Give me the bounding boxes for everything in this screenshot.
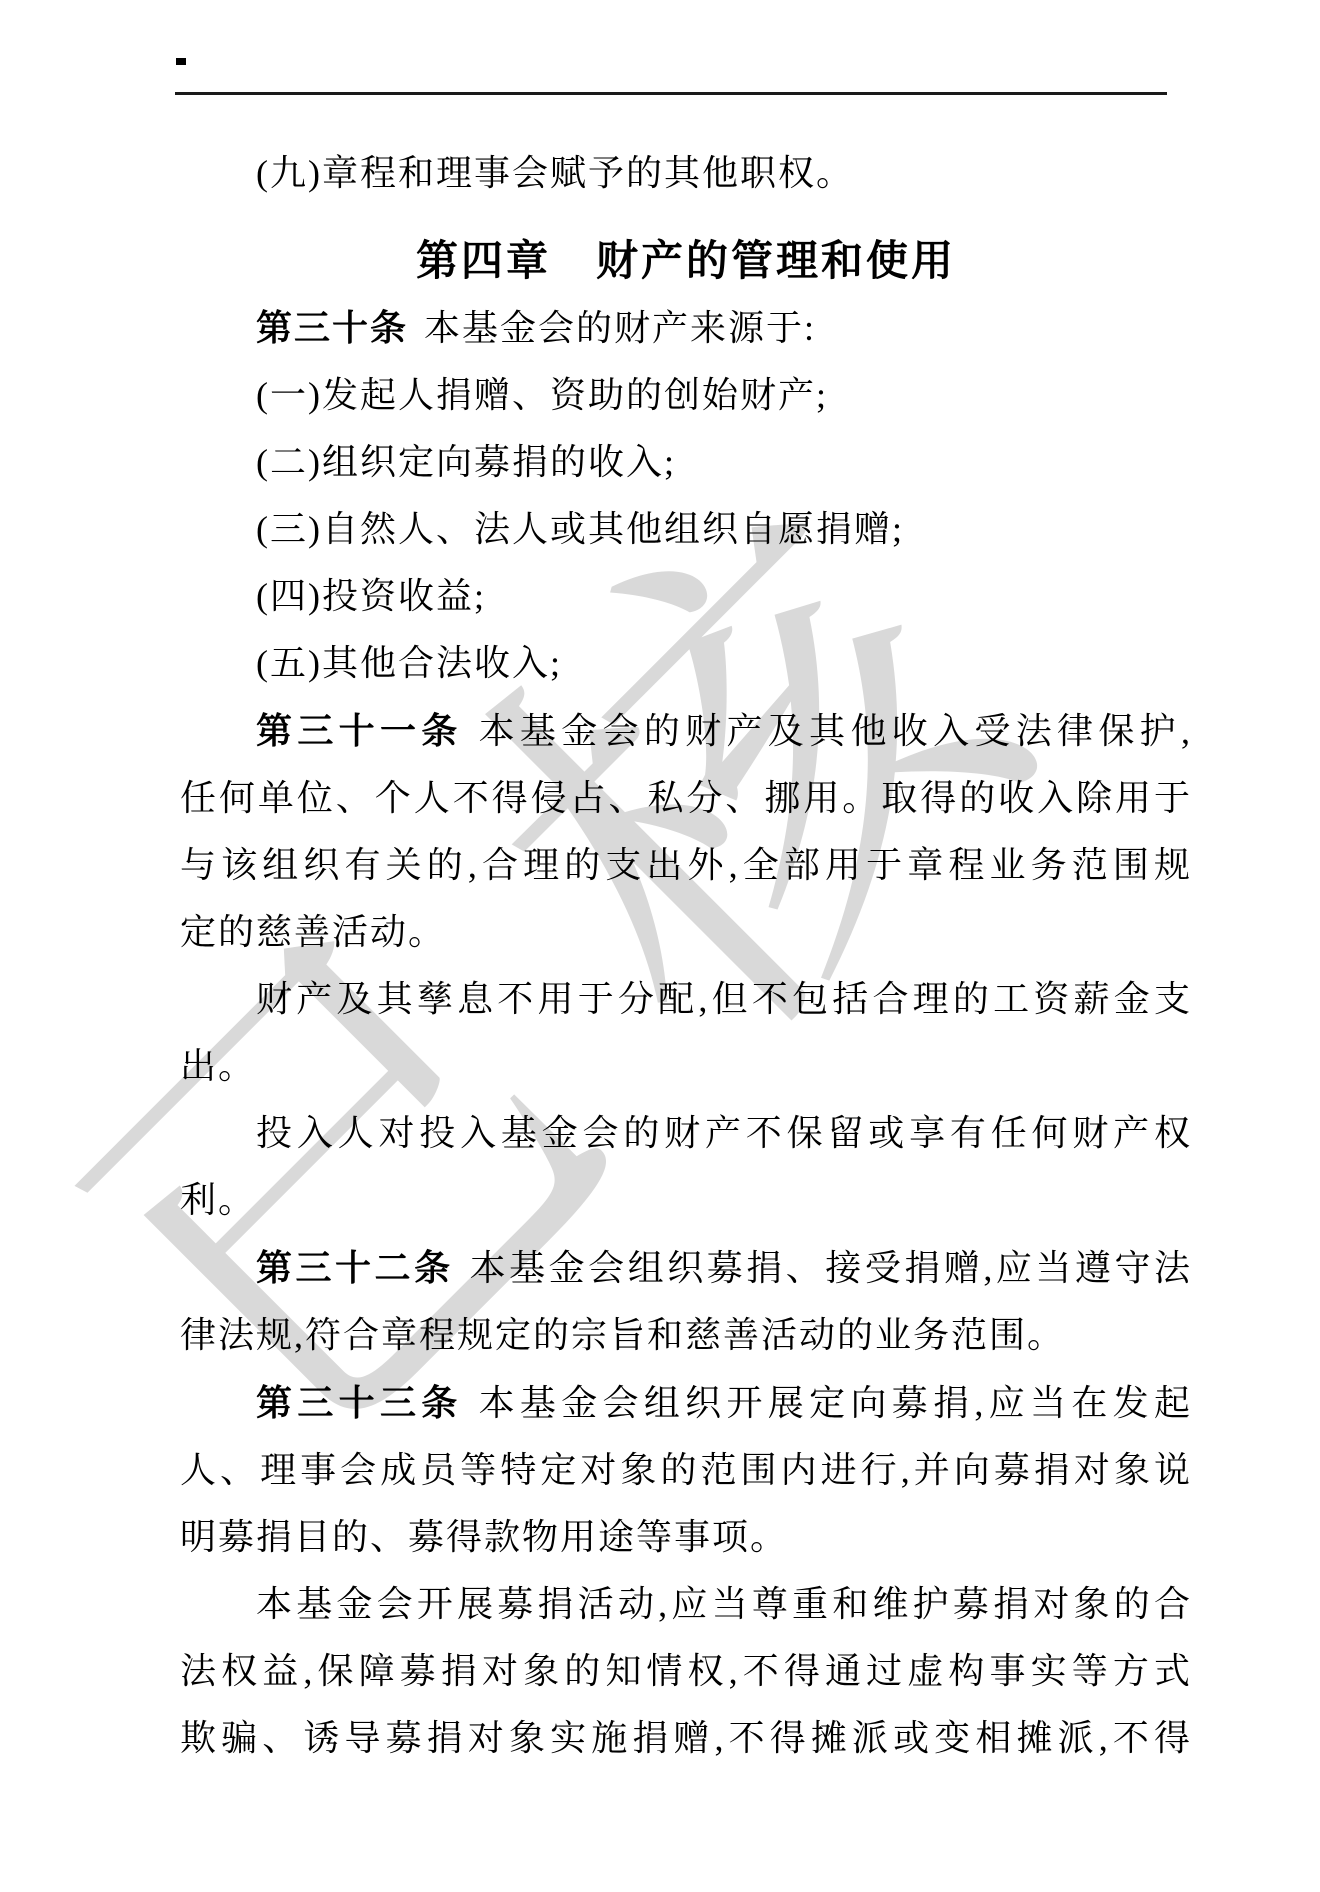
line-text: 本基金会的财产来源于:	[424, 308, 816, 348]
text-line: 欺骗、诱导募捐对象实施捐赠,不得摊派或变相摊派,不得	[180, 1705, 1192, 1772]
text-line: 第三十一条本基金会的财产及其他收入受法律保护,	[180, 697, 1192, 765]
article-number-label: 第三十条	[256, 307, 408, 348]
document-blocks: (九)章程和理事会赋予的其他职权。第四章 财产的管理和使用第三十条本基金会的财产…	[180, 140, 1192, 1772]
article-paragraph: 第三十三条本基金会组织开展定向募捐,应当在发起人、理事会成员等特定对象的范围内进…	[180, 1369, 1192, 1571]
article-number-label: 第三十三条	[256, 1382, 463, 1423]
chapter-heading: 第四章 财产的管理和使用	[180, 227, 1192, 294]
line-text: 本基金会组织募捐、接受捐赠,应当遵守法	[470, 1248, 1192, 1288]
text-line: (五)其他合法收入;	[180, 630, 1192, 697]
text-line: (二)组织定向募捐的收入;	[180, 429, 1192, 496]
article-number-label: 第三十二条	[256, 1247, 454, 1288]
line-text: 本基金会的财产及其他收入受法律保护,	[479, 711, 1192, 751]
text-line: 出。	[180, 1033, 1192, 1100]
text-line: 法权益,保障募捐对象的知情权,不得通过虚构事实等方式	[180, 1638, 1192, 1705]
text-line: 第三十条本基金会的财产来源于:	[180, 294, 1192, 362]
text-line: 人、理事会成员等特定对象的范围内进行,并向募捐对象说	[180, 1437, 1192, 1504]
text-line: (四)投资收益;	[180, 563, 1192, 630]
text-line: 定的慈善活动。	[180, 899, 1192, 966]
paragraph: (三)自然人、法人或其他组织自愿捐赠;	[180, 496, 1192, 563]
text-line: 本基金会开展募捐活动,应当尊重和维护募捐对象的合	[180, 1571, 1192, 1638]
text-line: 与该组织有关的,合理的支出外,全部用于章程业务范围规	[180, 832, 1192, 899]
paragraph: 本基金会开展募捐活动,应当尊重和维护募捐对象的合法权益,保障募捐对象的知情权,不…	[180, 1571, 1192, 1772]
article-number-label: 第三十一条	[256, 710, 463, 751]
paragraph: (二)组织定向募捐的收入;	[180, 429, 1192, 496]
text-line: (三)自然人、法人或其他组织自愿捐赠;	[180, 496, 1192, 563]
text-line: (九)章程和理事会赋予的其他职权。	[180, 140, 1192, 207]
paragraph: (五)其他合法收入;	[180, 630, 1192, 697]
text-line: 利。	[180, 1167, 1192, 1234]
article-paragraph: 第三十二条本基金会组织募捐、接受捐赠,应当遵守法律法规,符合章程规定的宗旨和慈善…	[180, 1234, 1192, 1369]
text-line: 明募捐目的、募得款物用途等事项。	[180, 1504, 1192, 1571]
document-body: (九)章程和理事会赋予的其他职权。第四章 财产的管理和使用第三十条本基金会的财产…	[180, 140, 1192, 1772]
page-corner-mark	[176, 58, 186, 65]
text-line: (一)发起人捐赠、资助的创始财产;	[180, 362, 1192, 429]
text-line: 任何单位、个人不得侵占、私分、挪用。取得的收入除用于	[180, 765, 1192, 832]
article-paragraph: 第三十一条本基金会的财产及其他收入受法律保护,任何单位、个人不得侵占、私分、挪用…	[180, 697, 1192, 966]
header-rule	[175, 92, 1167, 95]
paragraph: 投入人对投入基金会的财产不保留或享有任何财产权利。	[180, 1100, 1192, 1234]
text-line: 第三十三条本基金会组织开展定向募捐,应当在发起	[180, 1369, 1192, 1437]
article-paragraph: 第三十条本基金会的财产来源于:	[180, 294, 1192, 362]
paragraph: 财产及其孳息不用于分配,但不包括合理的工资薪金支出。	[180, 966, 1192, 1100]
text-line: 律法规,符合章程规定的宗旨和慈善活动的业务范围。	[180, 1302, 1192, 1369]
paragraph: (一)发起人捐赠、资助的创始财产;	[180, 362, 1192, 429]
line-text: 本基金会组织开展定向募捐,应当在发起	[479, 1383, 1192, 1423]
text-line: 财产及其孳息不用于分配,但不包括合理的工资薪金支	[180, 966, 1192, 1033]
paragraph: (四)投资收益;	[180, 563, 1192, 630]
text-line: 第三十二条本基金会组织募捐、接受捐赠,应当遵守法	[180, 1234, 1192, 1302]
paragraph: (九)章程和理事会赋予的其他职权。	[180, 140, 1192, 207]
text-line: 投入人对投入基金会的财产不保留或享有任何财产权	[180, 1100, 1192, 1167]
